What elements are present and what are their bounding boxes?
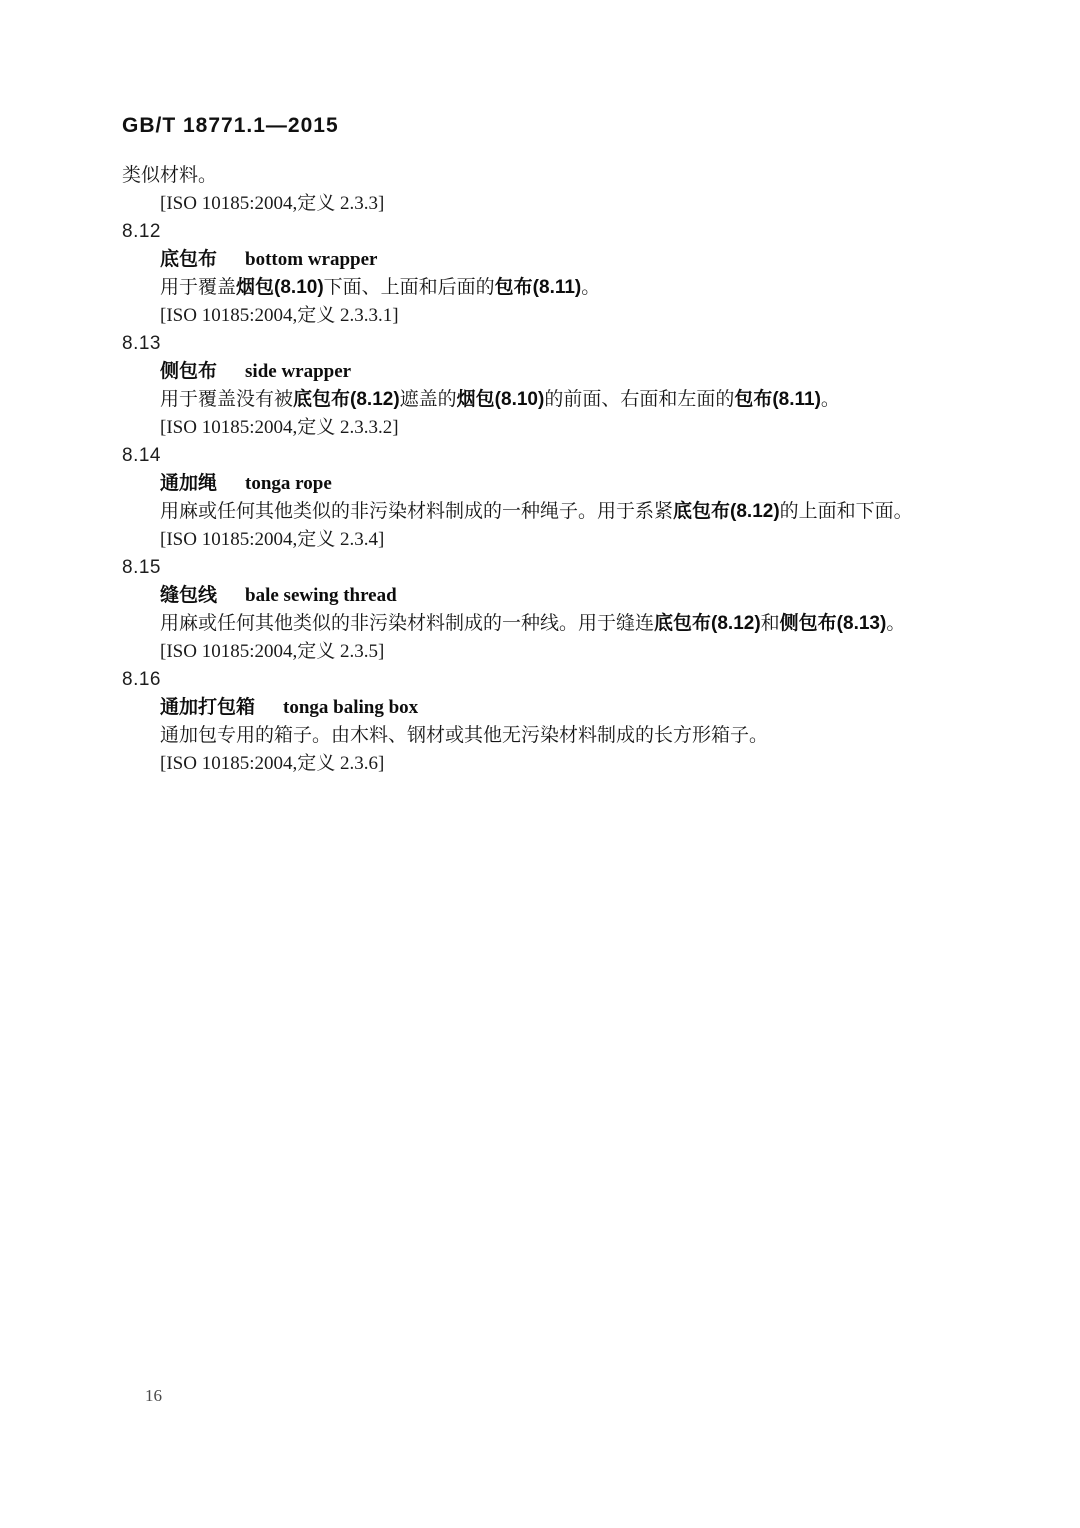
term-reference: 底包布(8.12) [293, 389, 400, 410]
standard-code-header: GB/T 18771.1—2015 [122, 114, 339, 138]
definition-line: 用于覆盖烟包(8.10)下面、上面和后面的包布(8.11)。 [122, 274, 958, 302]
term-line: 侧包布side wrapper [122, 358, 958, 386]
term-reference: 烟包(8.10) [457, 389, 545, 410]
definition-text: 遮盖的 [400, 389, 457, 410]
clause-number: 8.13 [122, 330, 958, 358]
definition-line: 通加包专用的箱子。由木料、钢材或其他无污染材料制成的长方形箱子。 [122, 722, 958, 750]
term-chinese: 通加打包箱 [160, 697, 255, 718]
clause-number: 8.16 [122, 666, 958, 694]
iso-reference: [ISO 10185:2004,定义 2.3.4] [122, 526, 958, 554]
definition-text: 。 [581, 277, 600, 298]
definition-text: 的前面、右面和左面的 [544, 389, 734, 410]
standard-document-page: GB/T 18771.1—2015 类似材料。 [ISO 10185:2004,… [0, 0, 1080, 1528]
clause-number: 8.12 [122, 218, 958, 246]
term-english: tonga rope [245, 473, 332, 494]
clause-number: 8.14 [122, 442, 958, 470]
page-number: 16 [145, 1386, 162, 1406]
term-chinese: 底包布 [160, 249, 217, 270]
term-reference: 包布(8.11) [495, 277, 582, 298]
term-reference: 底包布(8.12) [654, 613, 761, 634]
definition-line: 用麻或任何其他类似的非污染材料制成的一种线。用于缝连底包布(8.12)和侧包布(… [122, 610, 958, 638]
definition-line: 用于覆盖没有被底包布(8.12)遮盖的烟包(8.10)的前面、右面和左面的包布(… [122, 386, 958, 414]
definition-text: 。 [886, 613, 905, 634]
term-chinese: 缝包线 [160, 585, 217, 606]
definition-text: 下面、上面和后面的 [324, 277, 495, 298]
iso-reference: [ISO 10185:2004,定义 2.3.3.1] [122, 302, 958, 330]
term-english: tonga baling box [283, 697, 418, 718]
term-line: 通加绳tonga rope [122, 470, 958, 498]
definition-text: 用麻或任何其他类似的非污染材料制成的一种线。用于缝连 [160, 613, 654, 634]
document-body: 类似材料。 [ISO 10185:2004,定义 2.3.3] 8.12 底包布… [122, 162, 958, 778]
definition-text: 用于覆盖 [160, 277, 236, 298]
term-english: bale sewing thread [245, 585, 397, 606]
term-reference: 包布(8.11) [734, 389, 821, 410]
term-chinese: 侧包布 [160, 361, 217, 382]
iso-reference: [ISO 10185:2004,定义 2.3.3.2] [122, 414, 958, 442]
continuation-text: 类似材料。 [122, 162, 958, 190]
term-reference: 底包布(8.12) [673, 501, 780, 522]
term-line: 缝包线bale sewing thread [122, 582, 958, 610]
term-line: 底包布bottom wrapper [122, 246, 958, 274]
term-reference: 侧包布(8.13) [780, 613, 887, 634]
term-reference: 烟包(8.10) [236, 277, 324, 298]
definition-text: 用麻或任何其他类似的非污染材料制成的一种绳子。用于系紧 [160, 501, 673, 522]
iso-reference: [ISO 10185:2004,定义 2.3.5] [122, 638, 958, 666]
definition-line: 用麻或任何其他类似的非污染材料制成的一种绳子。用于系紧底包布(8.12)的上面和… [122, 498, 958, 526]
term-english: bottom wrapper [245, 249, 377, 270]
definition-text: 通加包专用的箱子。由木料、钢材或其他无污染材料制成的长方形箱子。 [160, 725, 768, 746]
definition-text: 和 [761, 613, 780, 634]
term-chinese: 通加绳 [160, 473, 217, 494]
definition-text: 。 [821, 389, 840, 410]
term-english: side wrapper [245, 361, 351, 382]
clause-number: 8.15 [122, 554, 958, 582]
definition-text: 用于覆盖没有被 [160, 389, 293, 410]
term-line: 通加打包箱tonga baling box [122, 694, 958, 722]
iso-reference: [ISO 10185:2004,定义 2.3.6] [122, 750, 958, 778]
iso-reference: [ISO 10185:2004,定义 2.3.3] [122, 190, 958, 218]
definition-text: 的上面和下面。 [780, 501, 913, 522]
